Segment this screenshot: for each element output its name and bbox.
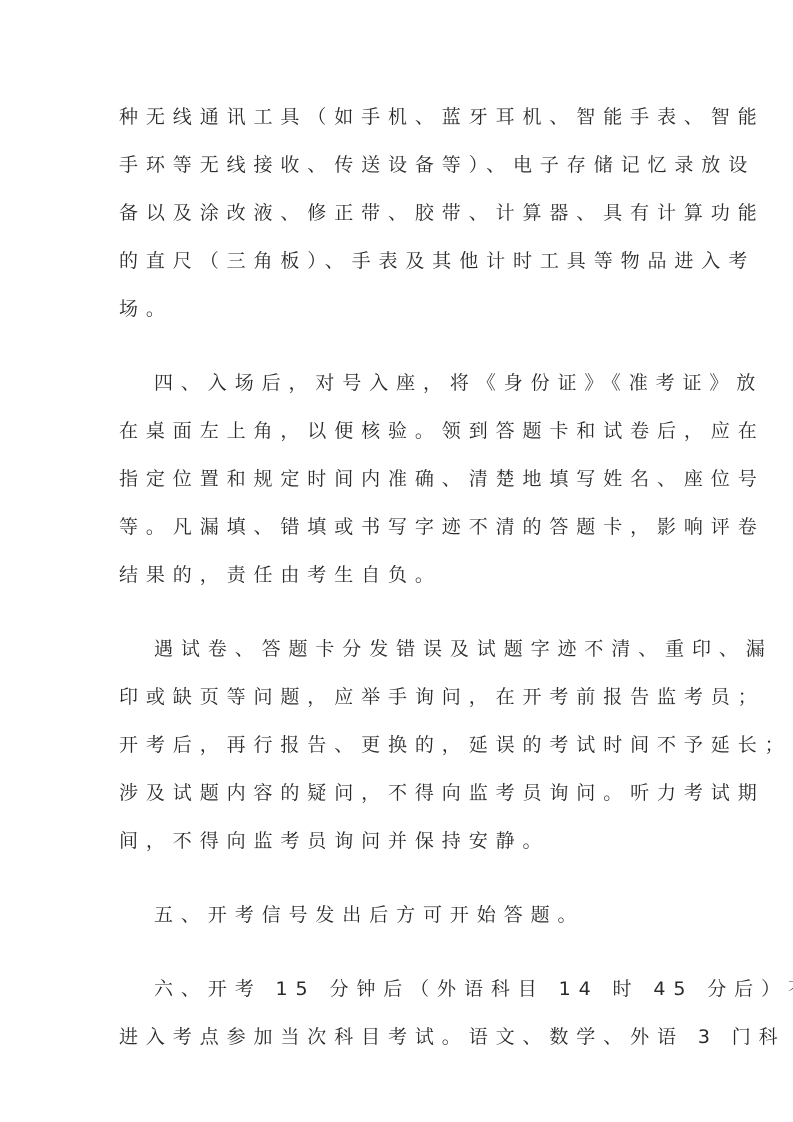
text-line: 在桌面左上角，以便核验。领到答题卡和试卷后，应在 [119,416,679,446]
text-line: 手环等无线接收、传送设备等）、电子存储记忆录放设 [119,150,679,180]
text-line: 开考后，再行报告、更换的，延误的考试时间不予延长； [119,730,679,760]
text-line: 等。凡漏填、错填或书写字迹不清的答题卡，影响评卷 [119,512,679,542]
text-line: 备以及涂改液、修正带、胶带、计算器、具有计算功能 [119,198,679,228]
text-line: 五、开考信号发出后方可开始答题。 [154,900,714,930]
text-line: 场。 [119,294,679,324]
text-line: 进入考点参加当次科目考试。语文、数学、外语 3 门科 [119,1022,679,1052]
text-line: 印或缺页等问题，应举手询问，在开考前报告监考员； [119,682,679,712]
text-line: 涉及试题内容的疑问，不得向监考员询问。听力考试期 [119,778,679,808]
document-page: 种无线通讯工具（如手机、蓝牙耳机、智能手表、智能 手环等无线接收、传送设备等）、… [0,0,793,1122]
text-line: 遇试卷、答题卡分发错误及试题字迹不清、重印、漏 [154,634,714,664]
text-line: 结果的，责任由考生自负。 [119,560,679,590]
text-line: 四、入场后，对号入座，将《身份证》《准考证》放 [154,368,714,398]
text-line: 间，不得向监考员询问并保持安静。 [119,826,679,856]
text-line: 指定位置和规定时间内准确、清楚地填写姓名、座位号 [119,464,679,494]
text-line: 六、开考 15 分钟后（外语科目 14 时 45 分后）不得 [154,974,714,1004]
text-line: 种无线通讯工具（如手机、蓝牙耳机、智能手表、智能 [119,102,679,132]
text-line: 的直尺（三角板）、手表及其他计时工具等物品进入考 [119,246,679,276]
